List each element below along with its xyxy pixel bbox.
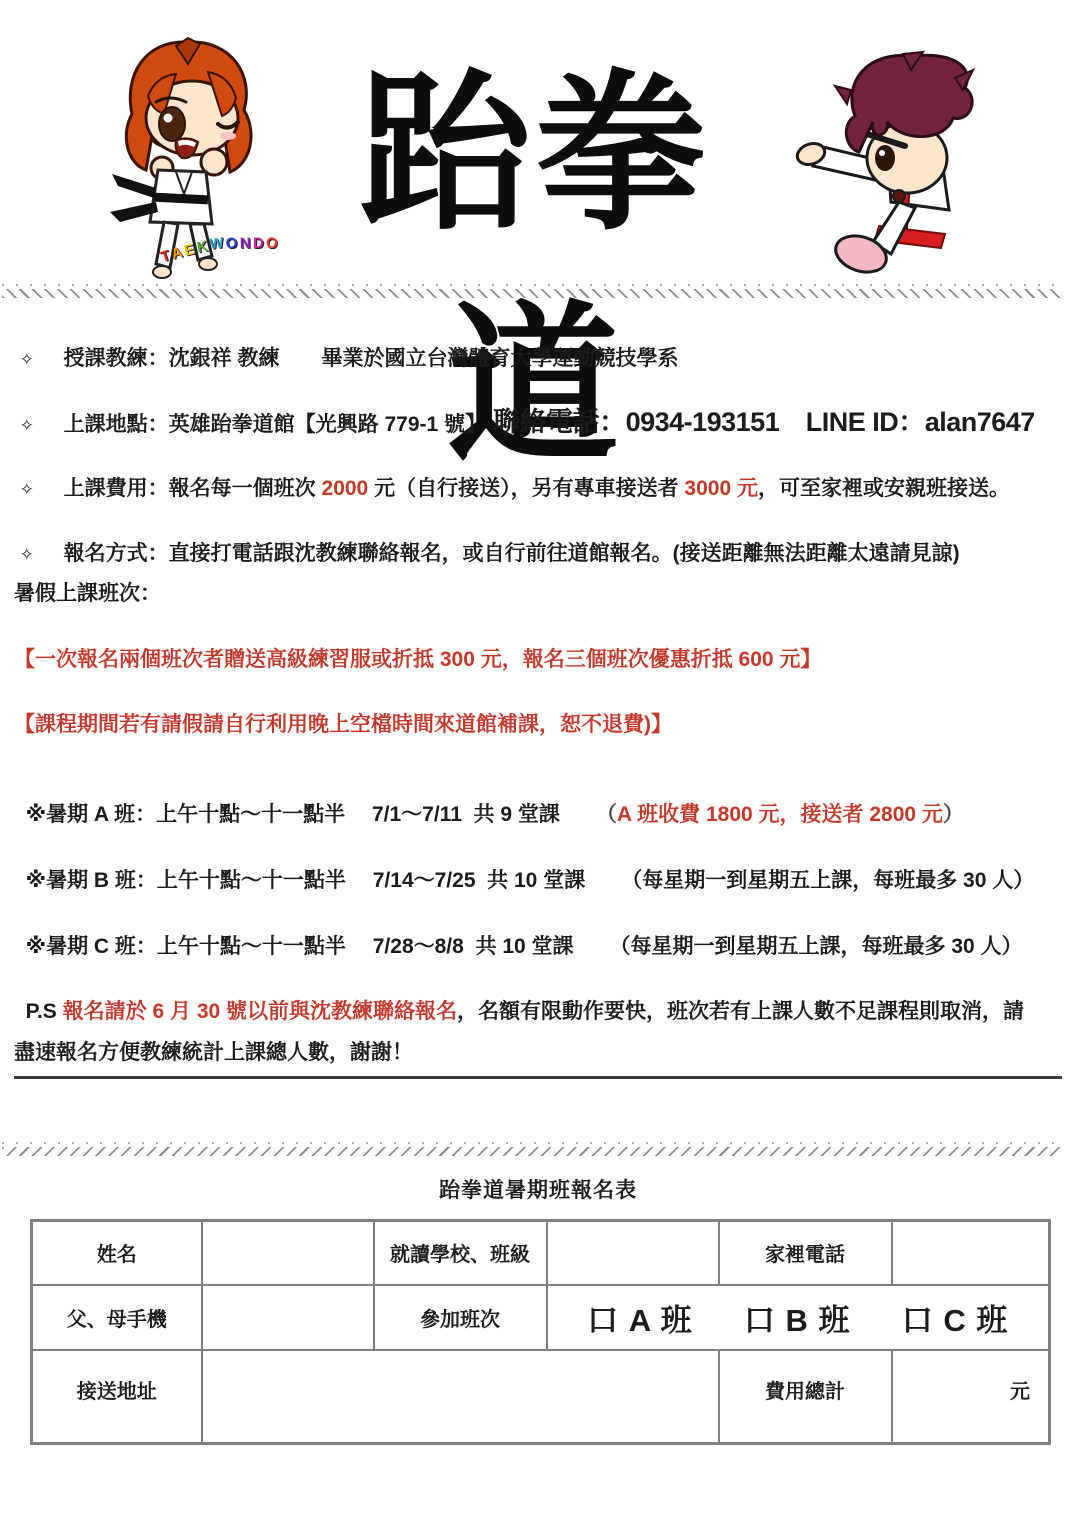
fee-post: ，可至家裡或安親班接送。	[758, 477, 1010, 500]
schedule-heading: 暑假上課班次：	[14, 577, 161, 607]
decorative-dots-row	[2, 284, 1062, 286]
class-option-a: 口 A 班	[587, 1295, 692, 1340]
logo-letter: O	[266, 234, 279, 252]
ps-prefix: P.S	[26, 1000, 63, 1023]
fee-total-label: 費用總計	[719, 1350, 892, 1444]
fee-amount-1: 2000	[322, 477, 369, 500]
class-a-line: ※暑期 A 班：上午十點～十一點半 7/1～7/11 共 9 堂課（A 班收費 …	[14, 774, 964, 828]
fee-line: ✧上課費用：報名每一個班次 2000 元（自行接送），另有專車接送者 3000 …	[8, 448, 1010, 502]
diamond-bullet-icon: ✧	[20, 416, 64, 436]
registration-table: 姓名 就讀學校、班級 家裡電話 父、母手機 參加班次 口 A 班 口 B 班 口…	[30, 1219, 1051, 1445]
name-label: 姓名	[32, 1221, 202, 1285]
class-b-line: ※暑期 B 班：上午十點～十一點半 7/14～7/25 共 10 堂課（每星期一…	[14, 840, 1034, 894]
class-c-line: ※暑期 C 班：上午十點～十一點半 7/28～8/8 共 10 堂課（每星期一到…	[14, 906, 1023, 960]
logo-letter: D	[253, 235, 264, 252]
fee-unit-cell: 元	[892, 1350, 1050, 1444]
school-label: 就讀學校、班級	[374, 1221, 547, 1285]
signup-line: ✧報名方式：直接打電話跟沈教練聯絡報名，或自行前往道館報名。(接送距離無法距離太…	[8, 513, 960, 567]
diamond-bullet-icon: ✧	[20, 350, 64, 370]
promo-discount-line: 【一次報名兩個班次者贈送高級練習服或折抵 300 元，報名三個班次優惠折抵 60…	[14, 643, 821, 673]
diamond-bullet-icon: ✧	[20, 480, 64, 500]
pickup-address-label: 接送地址	[32, 1350, 202, 1444]
table-row: 接送地址 費用總計 元	[32, 1350, 1050, 1444]
diamond-bullet-icon: ✧	[20, 545, 64, 565]
taekwondo-boy-mascot	[795, 50, 987, 305]
form-title: 跆拳道暑期班報名表	[0, 1174, 1076, 1204]
class-b-note: （每星期一到星期五上課，每班最多 30 人）	[621, 869, 1034, 892]
class-option-b: 口 B 班	[744, 1295, 851, 1340]
pickup-address-blank-cell	[202, 1350, 719, 1444]
signup-text: 報名方式：直接打電話跟沈教練聯絡報名，或自行前往道館報名。(接送距離無法距離太遠…	[64, 542, 960, 565]
ps-rest: ，名額有限動作要快，班次若有上課人數不足課程則取消，請	[457, 1000, 1024, 1023]
fee-amount-2: 3000 元	[684, 477, 758, 500]
promo-makeup-line: 【課程期間若有請假請自行利用晚上空檔時間來道館補課，恕不退費)】	[14, 708, 672, 738]
decorative-border-bottom	[2, 1142, 1062, 1156]
class-c-main: ※暑期 C 班：上午十點～十一點半 7/28～8/8 共 10 堂課	[26, 935, 574, 958]
logo-letter: N	[240, 235, 251, 252]
logo-letter: E	[183, 241, 197, 260]
contact-phone-text: 聯絡電話：0934-193151 LINE ID：alan7647	[486, 407, 1035, 437]
class-a-price-note: A 班收費 1800 元，接送者 2800 元	[617, 803, 943, 826]
decorative-border-top	[2, 284, 1062, 298]
class-a-paren-close: ）	[943, 803, 964, 826]
logo-letter: W	[208, 234, 224, 253]
boy-illustration	[795, 50, 987, 300]
class-a-paren-open: （	[596, 803, 617, 826]
fee-pre: 上課費用：報名每一個班次	[64, 477, 322, 500]
decorative-dots-row	[2, 1142, 1062, 1144]
horizontal-rule	[14, 1076, 1062, 1079]
logo-letter: K	[195, 238, 209, 257]
ps-line: P.S 報名請於 6 月 30 號以前與沈教練聯絡報名，名額有限動作要快，班次若…	[14, 971, 1024, 1025]
ps-deadline-red: 報名請於 6 月 30 號以前與沈教練聯絡報名	[63, 1000, 457, 1023]
fee-mid: 元（自行接送），另有專車接送者	[368, 477, 684, 500]
class-b-main: ※暑期 B 班：上午十點～十一點半 7/14～7/25 共 10 堂課	[26, 869, 586, 892]
home-phone-blank-cell	[892, 1221, 1050, 1285]
name-blank-cell	[202, 1221, 374, 1285]
parent-mobile-blank-cell	[202, 1285, 374, 1350]
decorative-hatch-row	[2, 289, 1062, 298]
parent-mobile-label: 父、母手機	[32, 1285, 202, 1350]
table-row: 父、母手機 參加班次 口 A 班 口 B 班 口 C 班	[32, 1285, 1050, 1350]
class-options-cell: 口 A 班 口 B 班 口 C 班	[547, 1285, 1050, 1350]
school-blank-cell	[547, 1221, 719, 1285]
table-row: 姓名 就讀學校、班級 家裡電話	[32, 1221, 1050, 1285]
ps-line-2: 盡速報名方便教練統計上課總人數，謝謝！	[14, 1036, 413, 1066]
home-phone-label: 家裡電話	[719, 1221, 892, 1285]
location-text: 上課地點：英雄跆拳道館【光興路 779-1 號】	[64, 413, 486, 436]
join-class-label: 參加班次	[374, 1285, 547, 1350]
class-a-main: ※暑期 A 班：上午十點～十一點半 7/1～7/11 共 9 堂課	[26, 803, 560, 826]
logo-letter: O	[225, 235, 238, 253]
location-line: ✧上課地點：英雄跆拳道館【光興路 779-1 號】 聯絡電話：0934-1931…	[8, 376, 1035, 439]
class-c-note: （每星期一到星期五上課，每班最多 30 人）	[610, 935, 1023, 958]
class-option-c: 口 C 班	[902, 1295, 1009, 1340]
decorative-hatch-row	[2, 1147, 1062, 1156]
coach-line: ✧授課教練：沈銀祥 教練 畢業於國立台灣體育大學運動競技學系	[8, 318, 679, 372]
coach-line-text: 授課教練：沈銀祥 教練 畢業於國立台灣體育大學運動競技學系	[64, 347, 679, 370]
